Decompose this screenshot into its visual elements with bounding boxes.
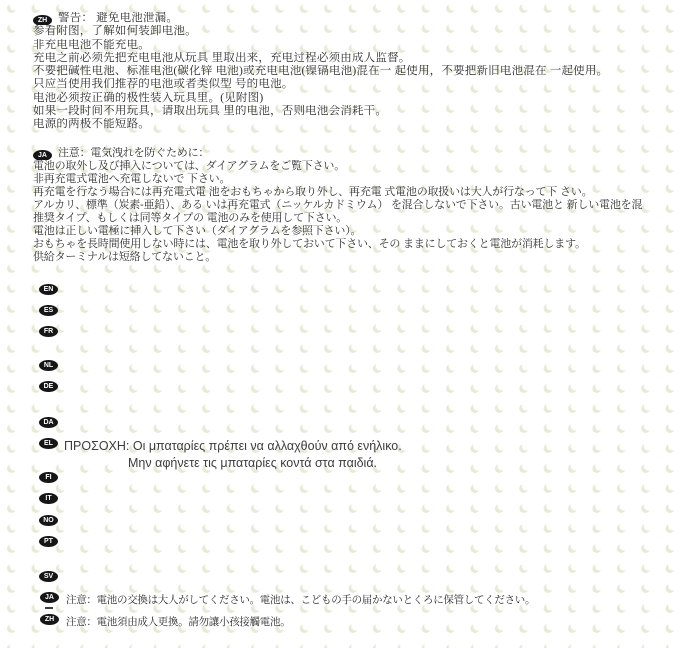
zh-warning-line: 如果一段时间不用玩具，请取出玩具 里的电池，否则电池会消耗干。 bbox=[33, 105, 683, 118]
lang-badge-ja: JA bbox=[33, 150, 52, 160]
lang-badge-da: DA bbox=[39, 417, 58, 428]
lang-badge-es: ES bbox=[39, 305, 58, 316]
ja-caution-heading: 注意：電気洩れを防ぐために： bbox=[58, 147, 209, 159]
zh-warning-line: 不要把碱性电池、标准电池(碳化锌 电池)或充电电池(镍镉电池)混在一 起使用，不… bbox=[33, 65, 683, 78]
ja-caution-line: 供給ターミナルは短絡してないこと。 bbox=[33, 251, 683, 264]
ja-caution-line: 非再充電式電池へ充電しないで 下さい。 bbox=[33, 173, 683, 186]
zh-warning-line: 只应当使用我们推荐的电池或者类似型 号的电池。 bbox=[33, 78, 683, 91]
zh-warning-line: 电源的两极不能短路。 bbox=[33, 118, 683, 131]
ja-caution-line: アルカリ、標準（炭素-亜鉛）、ある いは再充電式（ニッケルカドミウム） を混合し… bbox=[33, 199, 683, 212]
ja-caution-line: おもちゃを長時間使用しない時には、電池を取り外しておいて下さい、その ままにして… bbox=[33, 238, 683, 251]
zh-warning-line: 电池必须按正确的极性装入玩具里。(见附图) bbox=[33, 92, 683, 105]
ja-badge-underline-mark bbox=[45, 607, 53, 609]
lang-badge-nl: NL bbox=[39, 360, 58, 371]
lang-badge-zh: ZH bbox=[33, 15, 52, 25]
ja-caution-section: JA注意：電気洩れを防ぐために： 電池の取外し及び挿入については、ダイアグラムを… bbox=[33, 147, 683, 264]
lang-badge-ja-bottom: JA bbox=[40, 592, 59, 603]
lang-badge-sv: SV bbox=[39, 571, 58, 582]
ja-bottom-note: 注意：電池の交換は大人がしてください。電池は、こどもの手の届かないとくろに保管し… bbox=[66, 592, 535, 607]
lang-badge-de: DE bbox=[39, 381, 58, 392]
zh-warning-heading-line: ZH警告： 避免电池泄漏。 bbox=[33, 12, 683, 25]
el-caution-line-2: Μην αφήνετε τις μπαταρίες κοντά στα παιδ… bbox=[128, 456, 377, 470]
zh-bottom-note: 注意：電池須由成人更換。請勿讓小孩接觸電池。 bbox=[66, 614, 290, 629]
lang-badge-el: EL bbox=[39, 438, 58, 449]
lang-badge-it: IT bbox=[39, 493, 58, 504]
scanned-manual-page: { "colors": { "pattern_dot": "#e9e9d8", … bbox=[0, 0, 683, 648]
lang-badge-fr: FR bbox=[39, 326, 58, 337]
ja-caution-line: 電池は正しい電極に挿入して下さい（ダイアグラムを参照下さい）。 bbox=[33, 225, 683, 238]
ja-caution-heading-line: JA注意：電気洩れを防ぐために： bbox=[33, 147, 683, 160]
ja-caution-line: 再充電を行なう場合には再充電式電 池をおもちゃから取り外し、再充電 式電池の取扱… bbox=[33, 186, 683, 199]
lang-badge-en: EN bbox=[39, 284, 58, 295]
zh-warning-line: 非充电电池不能充电。 bbox=[33, 39, 683, 52]
lang-badge-pt: PT bbox=[39, 536, 58, 547]
el-caution-line-1: ΠΡΟΣΟΧΗ: Οι μπαταρίες πρέπει να αλλαχθού… bbox=[64, 439, 402, 453]
zh-warning-heading: 警告： 避免电池泄漏。 bbox=[58, 12, 178, 24]
lang-badge-no: NO bbox=[39, 515, 58, 526]
zh-warning-line: 参看附图，了解如何装卸电池。 bbox=[33, 25, 683, 38]
lang-badge-zh-bottom: ZH bbox=[40, 614, 59, 625]
lang-badge-fi: FI bbox=[39, 472, 58, 483]
ja-caution-line: 推奨タイプ、もしくは同等タイプの 電池のみを使用して下さい。 bbox=[33, 212, 683, 225]
ja-caution-line: 電池の取外し及び挿入については、ダイアグラムをご覧下さい。 bbox=[33, 160, 683, 173]
zh-warning-section: ZH警告： 避免电池泄漏。 参看附图，了解如何装卸电池。 非充电电池不能充电。 … bbox=[33, 12, 683, 132]
zh-warning-line: 充电之前必须先把充电电池从玩具 里取出来，充电过程必须由成人监督。 bbox=[33, 52, 683, 65]
